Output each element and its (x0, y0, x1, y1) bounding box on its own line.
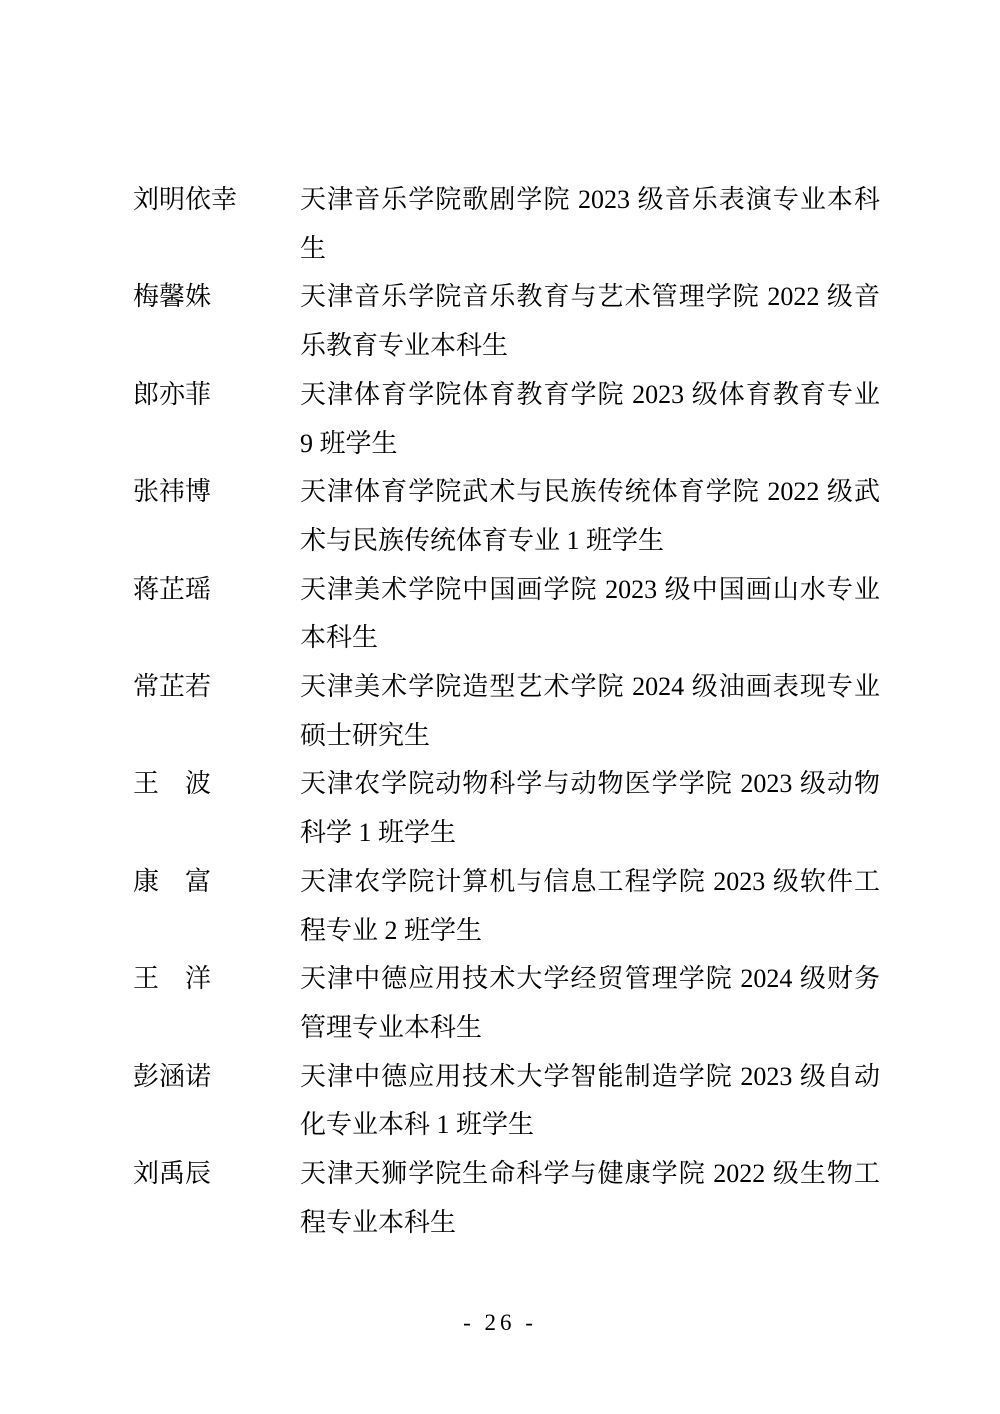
student-entry: 王 洋 天津中德应用技术大学经贸管理学院 2024 级财务 管理专业本科生 (0, 955, 1000, 1052)
student-description: 天津美术学院造型艺术学院 2024 级油画表现专业 硕士研究生 (300, 663, 880, 760)
student-name: 王 洋 (133, 955, 300, 1004)
student-description: 天津天狮学院生命科学与健康学院 2022 级生物工 程专业本科生 (300, 1150, 880, 1247)
student-description: 天津美术学院中国画学院 2023 级中国画山水专业 本科生 (300, 566, 880, 663)
student-name: 刘明依幸 (133, 176, 300, 225)
description-line-2: 术与民族传统体育专业 1 班学生 (300, 517, 880, 566)
description-line-2: 程专业 2 班学生 (300, 907, 880, 956)
description-line-1: 天津农学院计算机与信息工程学院 2023 级软件工 (300, 858, 880, 907)
student-entry: 梅馨姝 天津音乐学院音乐教育与艺术管理学院 2022 级音 乐教育专业本科生 (0, 273, 1000, 370)
student-name: 彭涵诺 (133, 1053, 300, 1102)
student-entry: 常芷若 天津美术学院造型艺术学院 2024 级油画表现专业 硕士研究生 (0, 663, 1000, 760)
description-line-2: 科学 1 班学生 (300, 809, 880, 858)
student-description: 天津音乐学院歌剧学院 2023 级音乐表演专业本科 生 (300, 176, 880, 273)
description-line-1: 天津体育学院武术与民族传统体育学院 2022 级武 (300, 468, 880, 517)
student-name: 王 波 (133, 760, 300, 809)
student-entry: 刘禹辰 天津天狮学院生命科学与健康学院 2022 级生物工 程专业本科生 (0, 1150, 1000, 1247)
description-line-1: 天津中德应用技术大学经贸管理学院 2024 级财务 (300, 955, 880, 1004)
document-page: 刘明依幸 天津音乐学院歌剧学院 2023 级音乐表演专业本科 生 梅馨姝 天津音… (0, 0, 1000, 1414)
student-description: 天津中德应用技术大学经贸管理学院 2024 级财务 管理专业本科生 (300, 955, 880, 1052)
student-entry: 蒋芷瑶 天津美术学院中国画学院 2023 级中国画山水专业 本科生 (0, 566, 1000, 663)
student-entry: 王 波 天津农学院动物科学与动物医学学院 2023 级动物 科学 1 班学生 (0, 760, 1000, 857)
description-line-2: 本科生 (300, 614, 880, 663)
page-number: - 26 - (0, 1306, 1000, 1340)
description-line-2: 程专业本科生 (300, 1199, 880, 1248)
description-line-1: 天津中德应用技术大学智能制造学院 2023 级自动 (300, 1053, 880, 1102)
student-entry: 彭涵诺 天津中德应用技术大学智能制造学院 2023 级自动 化专业本科 1 班学… (0, 1053, 1000, 1150)
description-line-2: 9 班学生 (300, 420, 880, 469)
student-name: 郎亦菲 (133, 371, 300, 420)
description-line-1: 天津天狮学院生命科学与健康学院 2022 级生物工 (300, 1150, 880, 1199)
student-description: 天津中德应用技术大学智能制造学院 2023 级自动 化专业本科 1 班学生 (300, 1053, 880, 1150)
description-line-1: 天津音乐学院音乐教育与艺术管理学院 2022 级音 (300, 273, 880, 322)
description-line-1: 天津美术学院造型艺术学院 2024 级油画表现专业 (300, 663, 880, 712)
description-line-2: 乐教育专业本科生 (300, 322, 880, 371)
student-list: 刘明依幸 天津音乐学院歌剧学院 2023 级音乐表演专业本科 生 梅馨姝 天津音… (0, 176, 1000, 1247)
student-name: 张祎博 (133, 468, 300, 517)
description-line-2: 化专业本科 1 班学生 (300, 1101, 880, 1150)
description-line-2: 生 (300, 225, 880, 274)
student-description: 天津音乐学院音乐教育与艺术管理学院 2022 级音 乐教育专业本科生 (300, 273, 880, 370)
student-entry: 刘明依幸 天津音乐学院歌剧学院 2023 级音乐表演专业本科 生 (0, 176, 1000, 273)
student-description: 天津农学院动物科学与动物医学学院 2023 级动物 科学 1 班学生 (300, 760, 880, 857)
student-name: 常芷若 (133, 663, 300, 712)
description-line-1: 天津农学院动物科学与动物医学学院 2023 级动物 (300, 760, 880, 809)
description-line-2: 管理专业本科生 (300, 1004, 880, 1053)
student-description: 天津体育学院武术与民族传统体育学院 2022 级武 术与民族传统体育专业 1 班… (300, 468, 880, 565)
student-entry: 张祎博 天津体育学院武术与民族传统体育学院 2022 级武 术与民族传统体育专业… (0, 468, 1000, 565)
student-entry: 郎亦菲 天津体育学院体育教育学院 2023 级体育教育专业 9 班学生 (0, 371, 1000, 468)
student-name: 梅馨姝 (133, 273, 300, 322)
description-line-1: 天津音乐学院歌剧学院 2023 级音乐表演专业本科 (300, 176, 880, 225)
description-line-1: 天津美术学院中国画学院 2023 级中国画山水专业 (300, 566, 880, 615)
description-line-2: 硕士研究生 (300, 712, 880, 761)
student-description: 天津农学院计算机与信息工程学院 2023 级软件工 程专业 2 班学生 (300, 858, 880, 955)
student-name: 康 富 (133, 858, 300, 907)
student-name: 蒋芷瑶 (133, 566, 300, 615)
student-name: 刘禹辰 (133, 1150, 300, 1199)
student-description: 天津体育学院体育教育学院 2023 级体育教育专业 9 班学生 (300, 371, 880, 468)
description-line-1: 天津体育学院体育教育学院 2023 级体育教育专业 (300, 371, 880, 420)
student-entry: 康 富 天津农学院计算机与信息工程学院 2023 级软件工 程专业 2 班学生 (0, 858, 1000, 955)
